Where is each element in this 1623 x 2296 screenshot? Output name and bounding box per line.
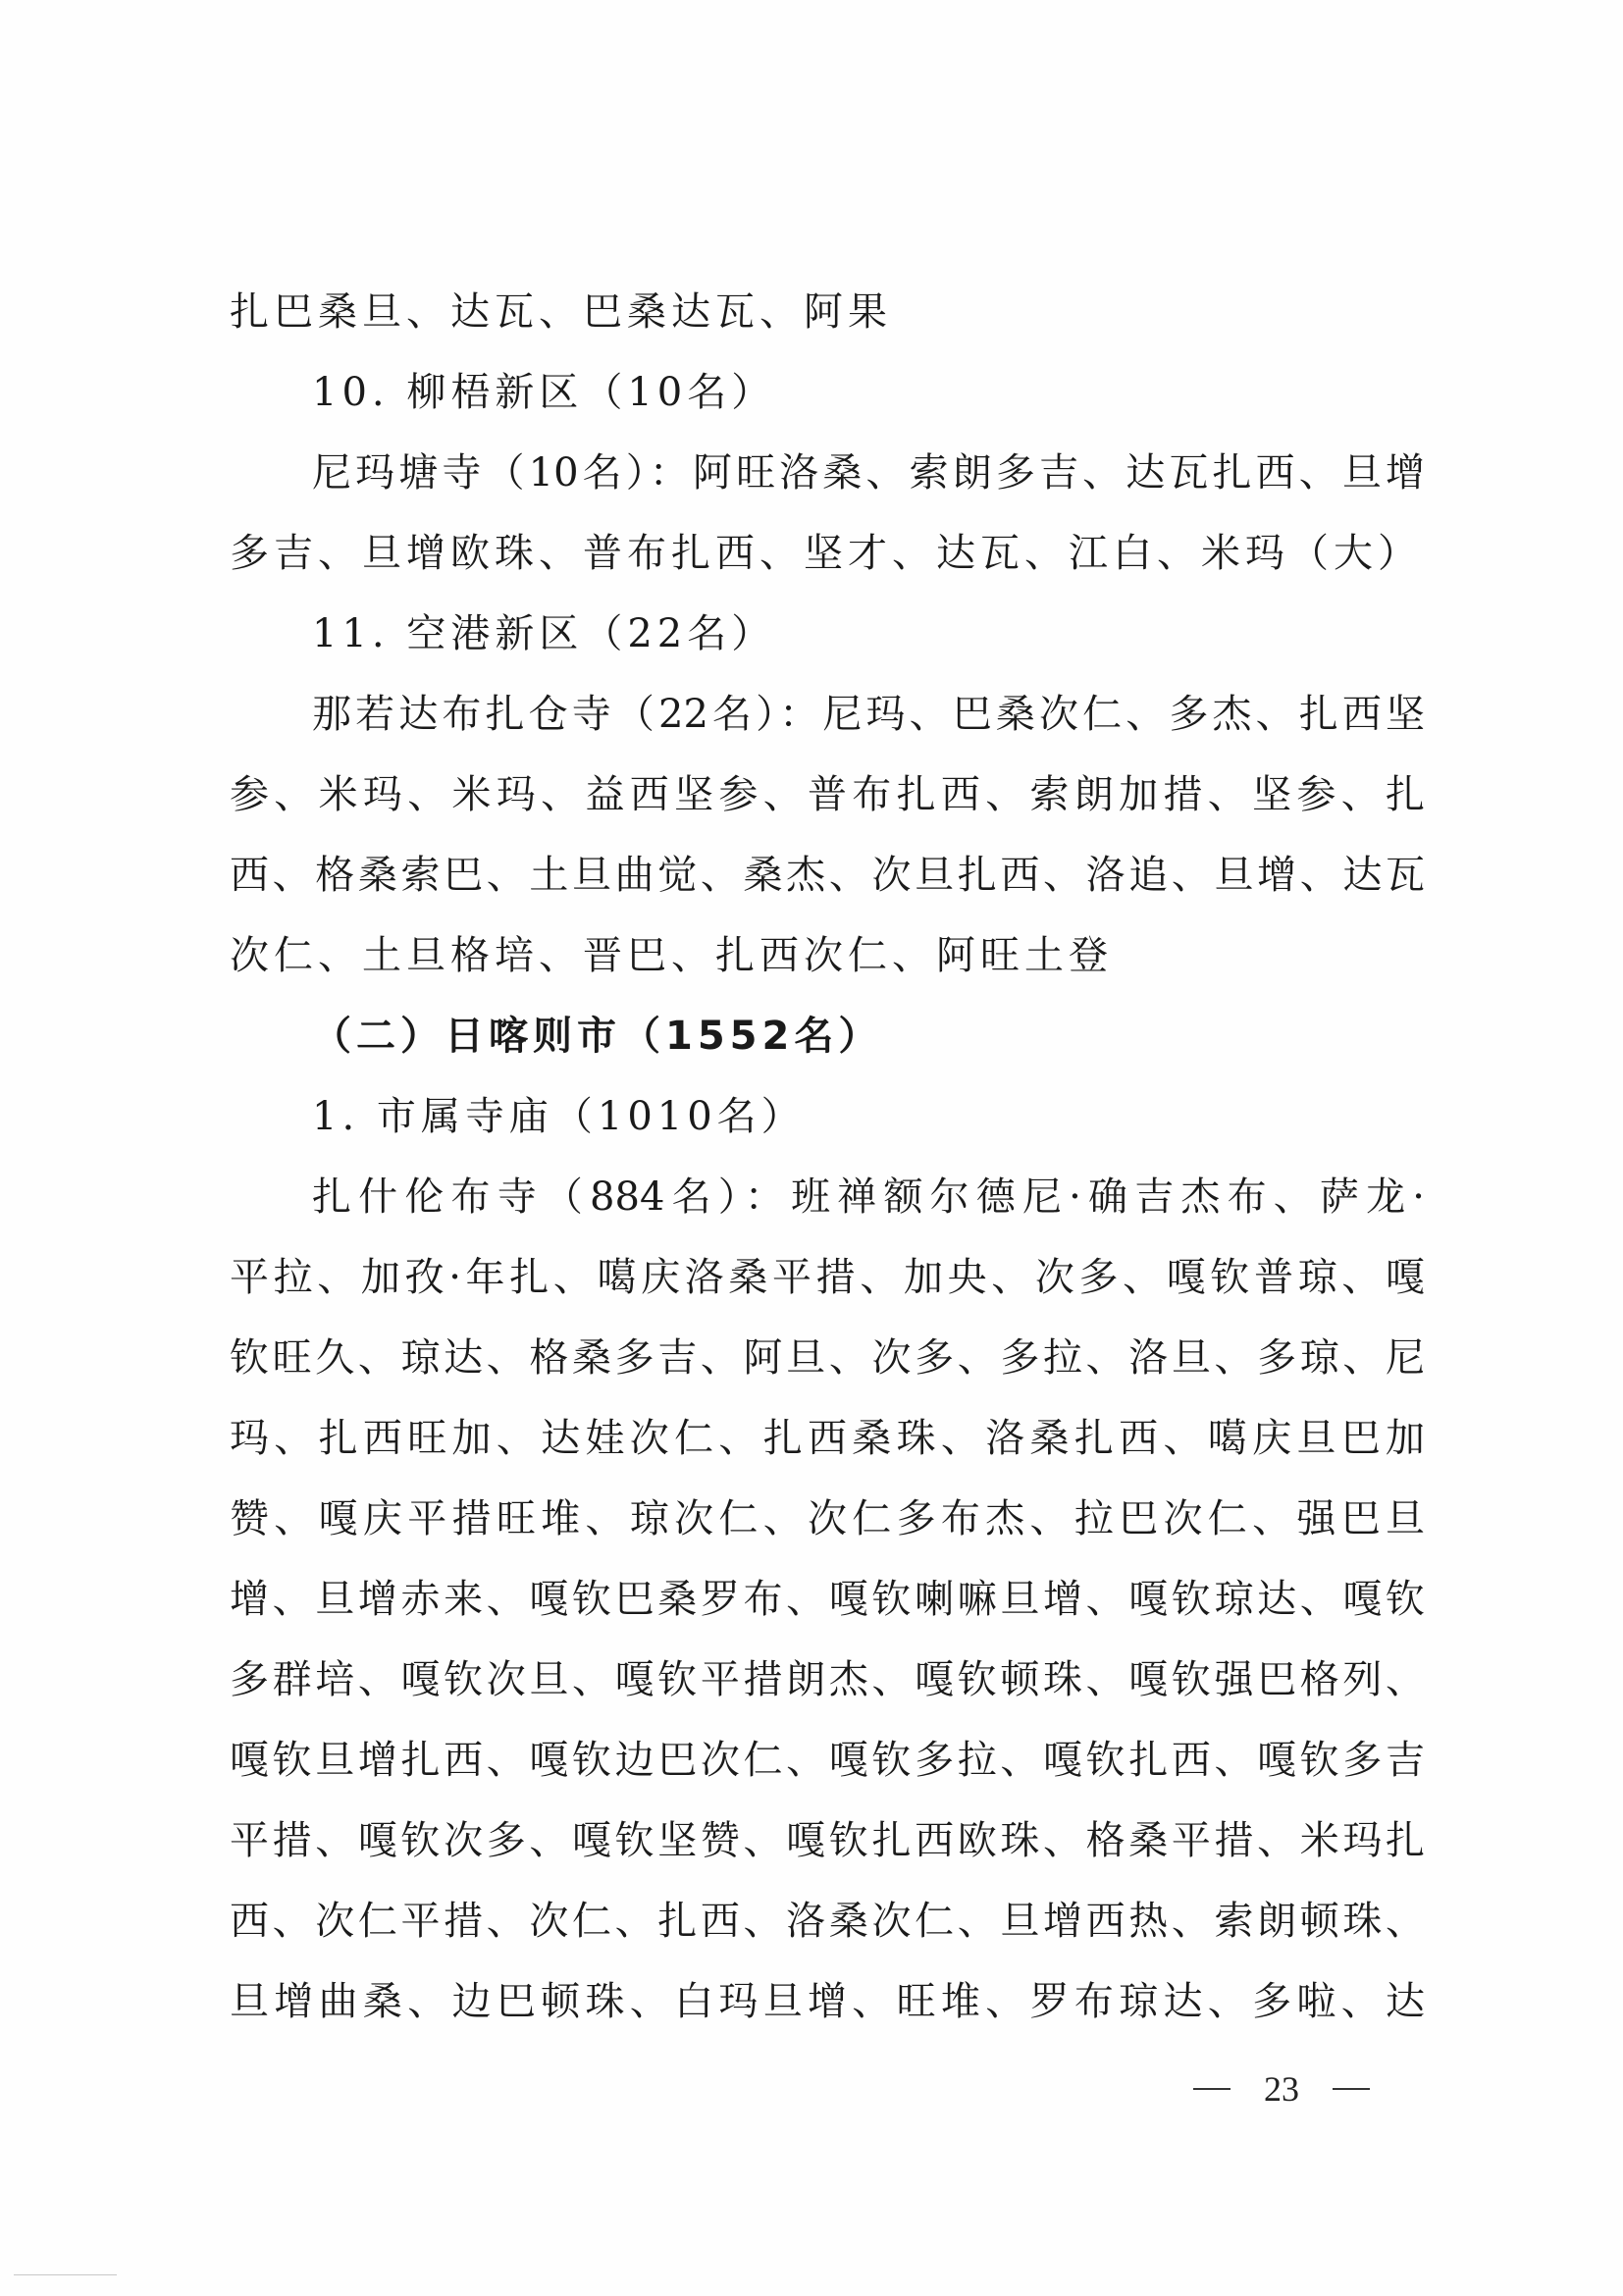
paragraph-line: 多吉、旦增欧珠、普布扎西、坚才、达瓦、江白、米玛（大） (230, 513, 1425, 594)
body-text: 扎巴桑旦、达瓦、巴桑达瓦、阿果 10. 柳梧新区（10名） 尼玛塘寺（10名）：… (230, 272, 1425, 2042)
subsection-heading-konggang: 11. 空港新区（22名） (230, 594, 1425, 674)
paragraph-line: 钦旺久、琼达、格桑多吉、阿旦、次多、多拉、洛旦、多琼、尼 (230, 1318, 1425, 1398)
paragraph-line: 玛、扎西旺加、达娃次仁、扎西桑珠、洛桑扎西、噶庆旦巴加 (230, 1398, 1425, 1479)
paragraph-line: 扎巴桑旦、达瓦、巴桑达瓦、阿果 (230, 272, 1425, 352)
paragraph-line: 多群培、嘎钦次旦、嘎钦平措朗杰、嘎钦顿珠、嘎钦强巴格列、 (230, 1640, 1425, 1720)
paragraph-line: 尼玛塘寺（10名）：阿旺洛桑、索朗多吉、达瓦扎西、旦增 (230, 433, 1425, 513)
paragraph-line: 旦增曲桑、边巴顿珠、白玛旦增、旺堆、罗布琼达、多啦、达 (230, 1961, 1425, 2042)
paragraph-line: 平拉、加孜·年扎、噶庆洛桑平措、加央、次多、嘎钦普琼、嘎 (230, 1237, 1425, 1318)
document-page: 扎巴桑旦、达瓦、巴桑达瓦、阿果 10. 柳梧新区（10名） 尼玛塘寺（10名）：… (0, 0, 1623, 2296)
paragraph-line: 次仁、土旦格培、晋巴、扎西次仁、阿旺土登 (230, 915, 1425, 996)
paragraph-line: 参、米玛、米玛、益西坚参、普布扎西、索朗加措、坚参、扎 (230, 755, 1425, 835)
paragraph-line: 嘎钦旦增扎西、嘎钦边巴次仁、嘎钦多拉、嘎钦扎西、嘎钦多吉 (230, 1720, 1425, 1800)
paragraph-line: 平措、嘎钦次多、嘎钦坚赞、嘎钦扎西欧珠、格桑平措、米玛扎 (230, 1800, 1425, 1881)
page-number-dash-left (1193, 2088, 1230, 2090)
paragraph-line: 那若达布扎仓寺（22名）：尼玛、巴桑次仁、多杰、扎西坚 (230, 674, 1425, 755)
page-number-value: 23 (1264, 2064, 1299, 2113)
subsection-heading-city-temples: 1. 市属寺庙（1010名） (230, 1076, 1425, 1157)
paragraph-line: 西、次仁平措、次仁、扎西、洛桑次仁、旦增西热、索朗顿珠、 (230, 1881, 1425, 1961)
paragraph-line: 赞、嘎庆平措旺堆、琼次仁、次仁多布杰、拉巴次仁、强巴旦 (230, 1479, 1425, 1559)
scan-artifact (14, 2274, 117, 2275)
section-heading-shigatse: （二）日喀则市（1552名） (230, 996, 1425, 1076)
page-number: 23 (1193, 2064, 1370, 2113)
paragraph-line: 扎什伦布寺（884名）：班禅额尔德尼·确吉杰布、萨龙· (230, 1157, 1425, 1237)
page-number-dash-right (1333, 2088, 1370, 2090)
subsection-heading-liuwu: 10. 柳梧新区（10名） (230, 352, 1425, 433)
paragraph-line: 增、旦增赤来、嘎钦巴桑罗布、嘎钦喇嘛旦增、嘎钦琼达、嘎钦 (230, 1559, 1425, 1640)
paragraph-line: 西、格桑索巴、土旦曲觉、桑杰、次旦扎西、洛追、旦增、达瓦 (230, 835, 1425, 915)
